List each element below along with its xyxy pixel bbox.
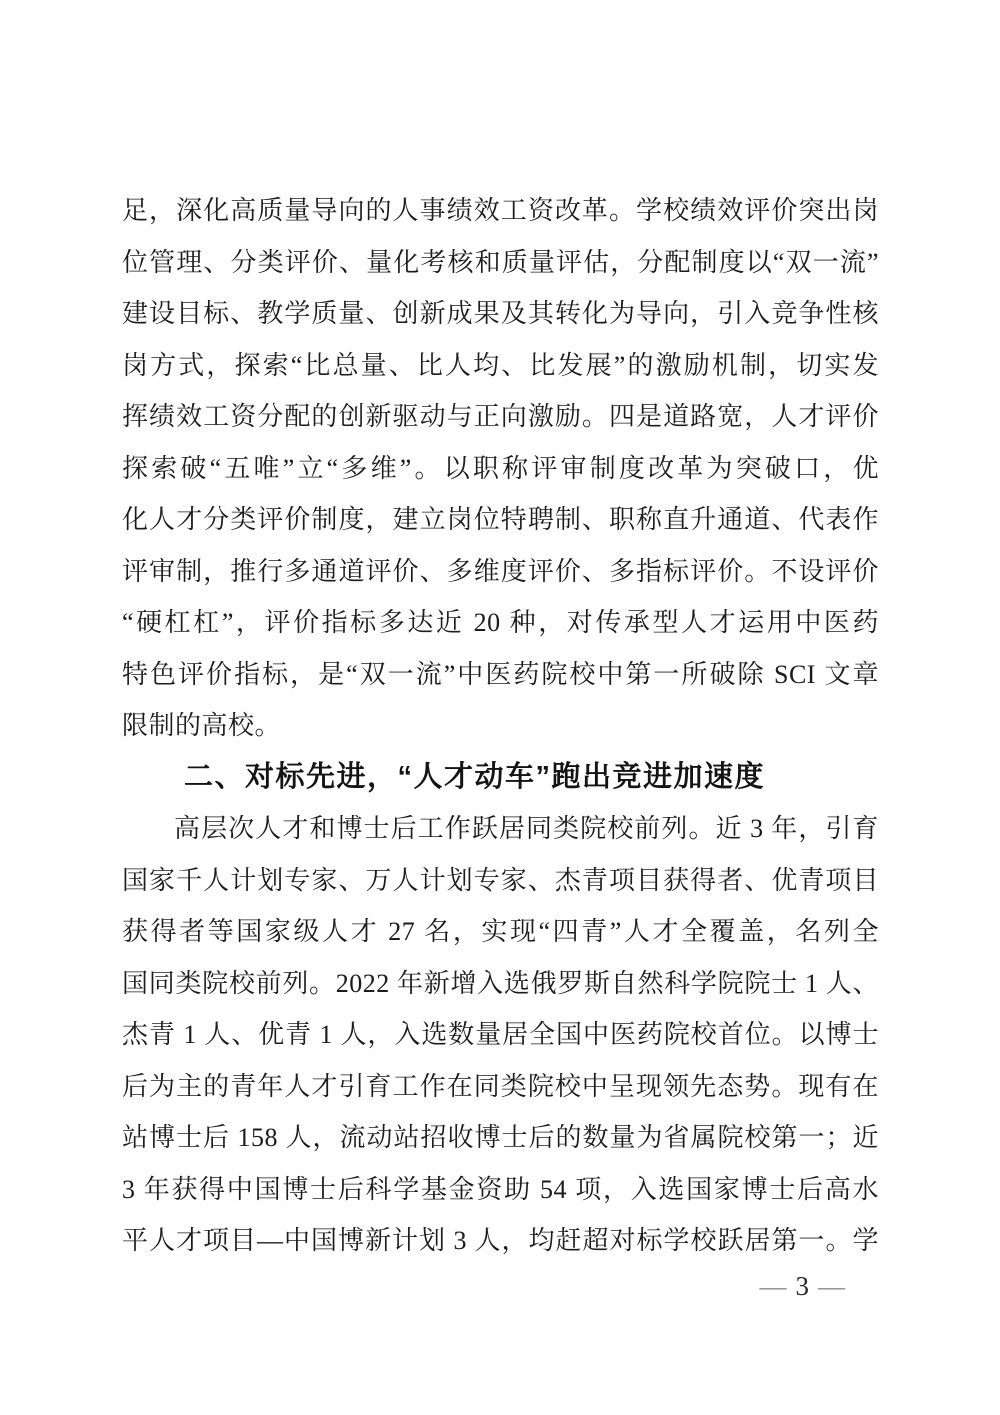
text-line: 获得者等国家级人才 27 名，实现“四青”人才全覆盖，名列全	[122, 906, 879, 958]
text-line: 国家千人计划专家、万人计划专家、杰青项目获得者、优青项目	[122, 855, 879, 907]
text-line: 平人才项目—中国博新计划 3 人，均赶超对标学校跃居第一。学	[122, 1215, 879, 1267]
document-page: 足，深化高质量导向的人事绩效工资改革。学校绩效评价突出岗位管理、分类评价、量化考…	[0, 0, 1000, 1415]
text-line: 站博士后 158 人，流动站招收博士后的数量为省属院校第一；近	[122, 1112, 879, 1164]
text-line: 高层次人才和博士后工作跃居同类院校前列。近 3 年，引育	[122, 803, 879, 855]
text-line: 评审制，推行多通道评价、多维度评价、多指标评价。不设评价	[122, 546, 879, 598]
text-line: 探索破“五唯”立“多维”。以职称评审制度改革为突破口，优	[122, 443, 879, 495]
text-line: 限制的高校。	[122, 700, 879, 752]
text-line: 化人才分类评价制度，建立岗位特聘制、职称直升通道、代表作	[122, 494, 879, 546]
text-line: “硬杠杠”，评价指标多达近 20 种，对传承型人才运用中医药	[122, 597, 879, 649]
page-number-dash-left: —	[751, 1271, 796, 1301]
page-number-dash-right: —	[809, 1271, 854, 1301]
text-line: 足，深化高质量导向的人事绩效工资改革。学校绩效评价突出岗	[122, 185, 879, 237]
text-line: 3 年获得中国博士后科学基金资助 54 项，入选国家博士后高水	[122, 1164, 879, 1216]
text-line: 建设目标、教学质量、创新成果及其转化为导向，引入竞争性核	[122, 288, 879, 340]
text-line: 特色评价指标，是“双一流”中医药院校中第一所破除 SCI 文章	[122, 649, 879, 701]
text-line: 挥绩效工资分配的创新驱动与正向激励。四是道路宽，人才评价	[122, 391, 879, 443]
section-heading: 二、对标先进，“人才动车”跑出竞进加速度	[122, 752, 879, 804]
text-line: 岗方式，探索“比总量、比人均、比发展”的激励机制，切实发	[122, 340, 879, 392]
text-line: 国同类院校前列。2022 年新增入选俄罗斯自然科学院院士 1 人、	[122, 958, 879, 1010]
text-line: 杰青 1 人、优青 1 人，入选数量居全国中医药院校首位。以博士	[122, 1009, 879, 1061]
document-body: 足，深化高质量导向的人事绩效工资改革。学校绩效评价突出岗位管理、分类评价、量化考…	[122, 185, 879, 1267]
page-number-value: 3	[796, 1271, 810, 1301]
text-line: 位管理、分类评价、量化考核和质量评估，分配制度以“双一流”	[122, 237, 879, 289]
page-number: —3—	[751, 1266, 855, 1306]
text-line: 后为主的青年人才引育工作在同类院校中呈现领先态势。现有在	[122, 1061, 879, 1113]
